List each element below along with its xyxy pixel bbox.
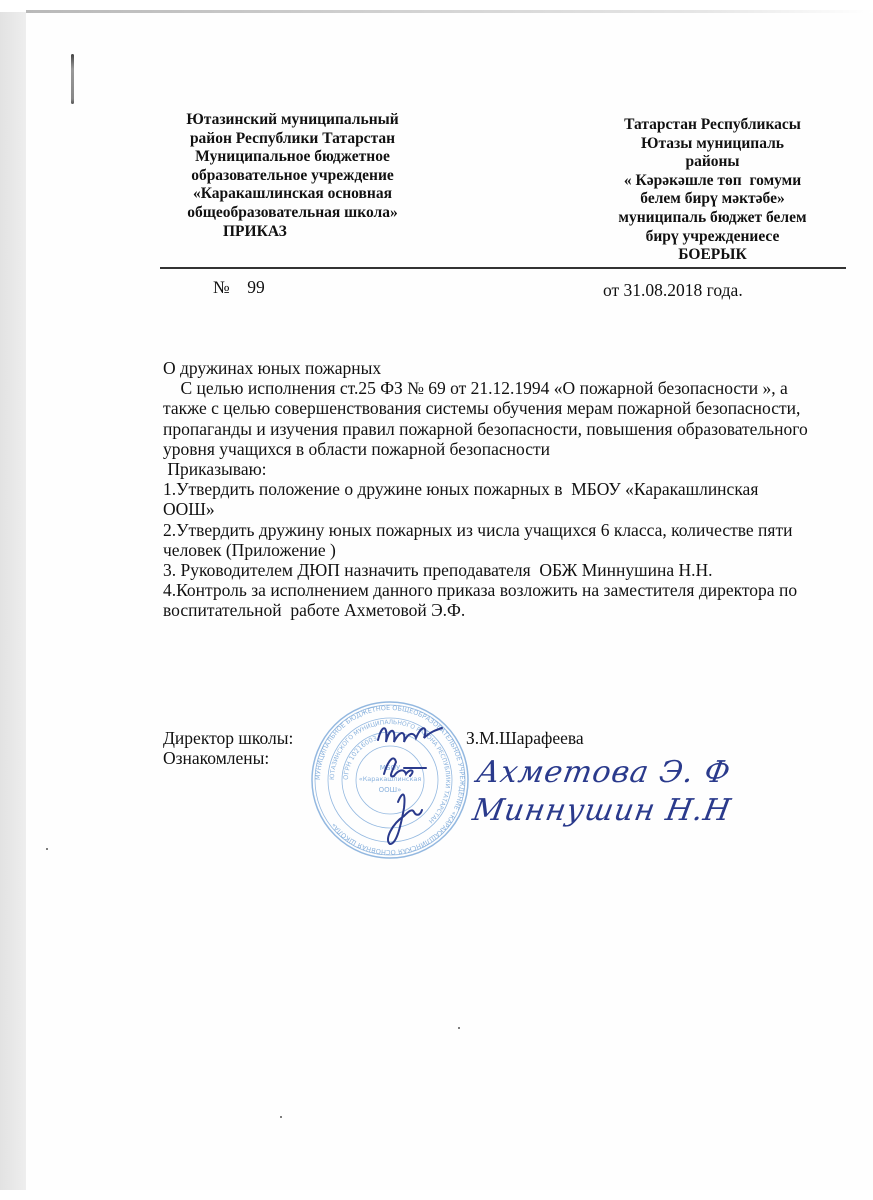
header-right-line: белем бирү мәктәбе» bbox=[580, 190, 845, 209]
scan-speck bbox=[280, 1116, 282, 1118]
handwritten-initials bbox=[370, 712, 450, 852]
signature-akhmetova: Ахметова Э. Ф bbox=[474, 755, 734, 790]
header-left-line: образовательное учреждение bbox=[191, 167, 394, 184]
order-item: 1.Утвердить положение о дружине юных пож… bbox=[163, 479, 813, 519]
order-date: от 31.08.2018 года. bbox=[603, 280, 743, 301]
director-name: З.М.Шарафеева bbox=[466, 728, 584, 749]
header-right-line: Татарстан Республикасы bbox=[580, 116, 845, 135]
header-right-line: Ютазы муниципаль bbox=[580, 135, 845, 154]
header-left-line: общеобразовательная школа» bbox=[187, 204, 397, 221]
order-preamble: С целью исполнения ст.25 ФЗ № 69 от 21.1… bbox=[163, 378, 813, 459]
header-right-tatar: Татарстан Республикасы Ютазы муниципаль … bbox=[580, 116, 845, 265]
header-right-line: « Кәрәкәшле төп гомуми bbox=[580, 172, 845, 191]
order-item: 2.Утвердить дружину юных пожарных из чис… bbox=[163, 520, 813, 560]
header-left-line: район Республики Татарстан bbox=[190, 130, 395, 147]
order-item: 3. Руководителем ДЮП назначить преподава… bbox=[163, 560, 813, 580]
header-left-line: Ютазинский муниципальный bbox=[186, 111, 398, 128]
header-left-russian: Ютазинский муниципальный район Республик… bbox=[165, 111, 420, 241]
scan-speck bbox=[46, 848, 48, 850]
doc-type-title-tatar: БОЕРЫК bbox=[580, 246, 845, 265]
order-number: № 99 bbox=[213, 277, 265, 298]
signature-minnushin: Миннушин Н.Н bbox=[470, 793, 734, 828]
order-subject: О дружинах юных пожарных bbox=[163, 358, 813, 378]
scan-speck bbox=[458, 1027, 460, 1029]
director-label: Директор школы: bbox=[163, 728, 293, 748]
header-left-line: «Каракашлинская основная bbox=[193, 185, 392, 202]
doc-type-title: ПРИКАЗ bbox=[165, 223, 420, 242]
header-right-line: районы bbox=[580, 153, 845, 172]
header-left-line: Муниципальное бюджетное bbox=[195, 148, 390, 165]
header-right-line: бирү учреждениесе bbox=[580, 228, 845, 247]
acknowledged-label: Ознакомлены: bbox=[163, 748, 293, 768]
order-body: О дружинах юных пожарных С целью исполне… bbox=[163, 358, 813, 621]
header-right-line: муниципаль бюджет белем bbox=[580, 209, 845, 228]
header-divider bbox=[160, 267, 846, 269]
staple-mark bbox=[71, 54, 74, 104]
order-item: 4.Контроль за исполнением данного приказ… bbox=[163, 580, 813, 620]
scan-edge-left bbox=[0, 12, 26, 1190]
order-word: Приказываю: bbox=[163, 459, 813, 479]
signature-labels: Директор школы: Ознакомлены: bbox=[163, 728, 293, 768]
